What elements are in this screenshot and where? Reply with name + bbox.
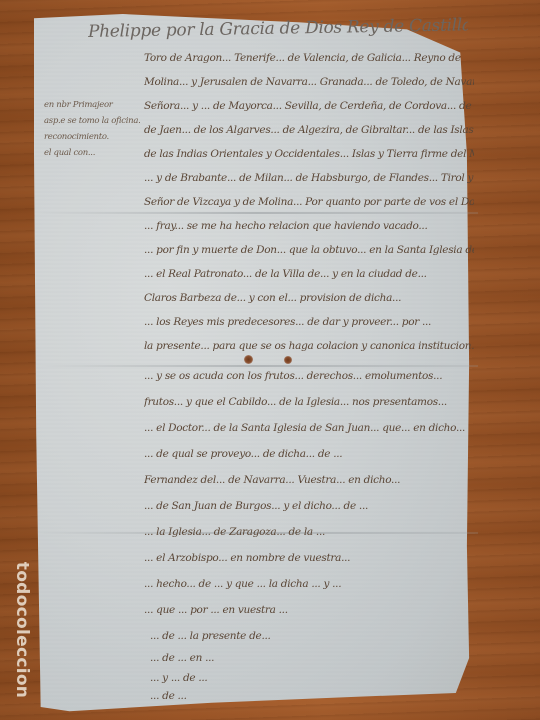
manuscript-line: ... y de Brabante... de Milan... de Habs… — [144, 172, 474, 184]
margin-note-line: en nbr Primajeor — [44, 100, 140, 110]
manuscript-line: Toro de Aragon... Tenerife... de Valenci… — [144, 52, 474, 64]
watermark: todocoleccion — [2, 545, 42, 715]
manuscript-line: Fernandez del... de Navarra... Vuestra..… — [144, 474, 474, 486]
manuscript-line: ... el Real Patronato... de la Villa de.… — [144, 268, 474, 280]
margin-note-line: asp.e se tomo la oficina... — [44, 116, 140, 126]
paper-fold-crease — [34, 212, 478, 214]
manuscript-line: ... y se os acuda con los frutos... dere… — [144, 370, 474, 382]
manuscript-line: ... los Reyes mis predecesores... de dar… — [144, 316, 474, 328]
manuscript-line: Señora... y ... de Mayorca... Sevilla, d… — [144, 100, 474, 112]
margin-note-line: reconocimiento. — [44, 132, 140, 142]
manuscript-line: ... de qual se proveyo... de dicha... de… — [144, 448, 474, 460]
manuscript-line: ... de ... en ... — [150, 652, 470, 664]
manuscript-line: ... el Doctor... de la Santa Iglesia de … — [144, 422, 474, 434]
manuscript-line: frutos... y que el Cabildo... de la Igle… — [144, 396, 474, 408]
manuscript-line: ... que ... por ... en vuestra ... — [144, 604, 474, 616]
manuscript-line: Molina... y Jerusalen de Navarra... Gran… — [144, 76, 474, 88]
margin-note-line: el qual con... — [44, 148, 140, 158]
manuscript-line: ... y ... de ... — [150, 672, 470, 684]
manuscript-line: de las Indias Orientales y Occidentales.… — [144, 148, 474, 160]
watermark-text: todocoleccion — [12, 562, 32, 698]
manuscript-line: ... de San Juan de Burgos... y el dicho.… — [144, 500, 474, 512]
manuscript-line: Señor de Vizcaya y de Molina... Por quan… — [144, 196, 474, 208]
ink-stain — [244, 355, 253, 364]
manuscript-line: ... de ... — [150, 690, 470, 702]
manuscript-line: ... por fin y muerte de Don... que la ob… — [144, 244, 474, 256]
manuscript-line: de Jaen... de los Algarves... de Algezir… — [144, 124, 474, 136]
manuscript-line: ... hecho... de ... y que ... la dicha .… — [144, 578, 474, 590]
manuscript-line: ... el Arzobispo... en nombre de vuestra… — [144, 552, 474, 564]
ink-stain — [284, 356, 292, 364]
manuscript-line: Claros Barbeza de... y con el... provisi… — [144, 292, 474, 304]
manuscript-line: ... de ... la presente de... — [150, 630, 470, 642]
manuscript-line: la presente... para que se os haga colac… — [144, 340, 474, 352]
manuscript-line: ... la Iglesia... de Zaragoza... de la .… — [144, 526, 474, 538]
paper-fold-crease — [34, 365, 478, 367]
manuscript-line: ... fray... se me ha hecho relacion que … — [144, 220, 474, 232]
